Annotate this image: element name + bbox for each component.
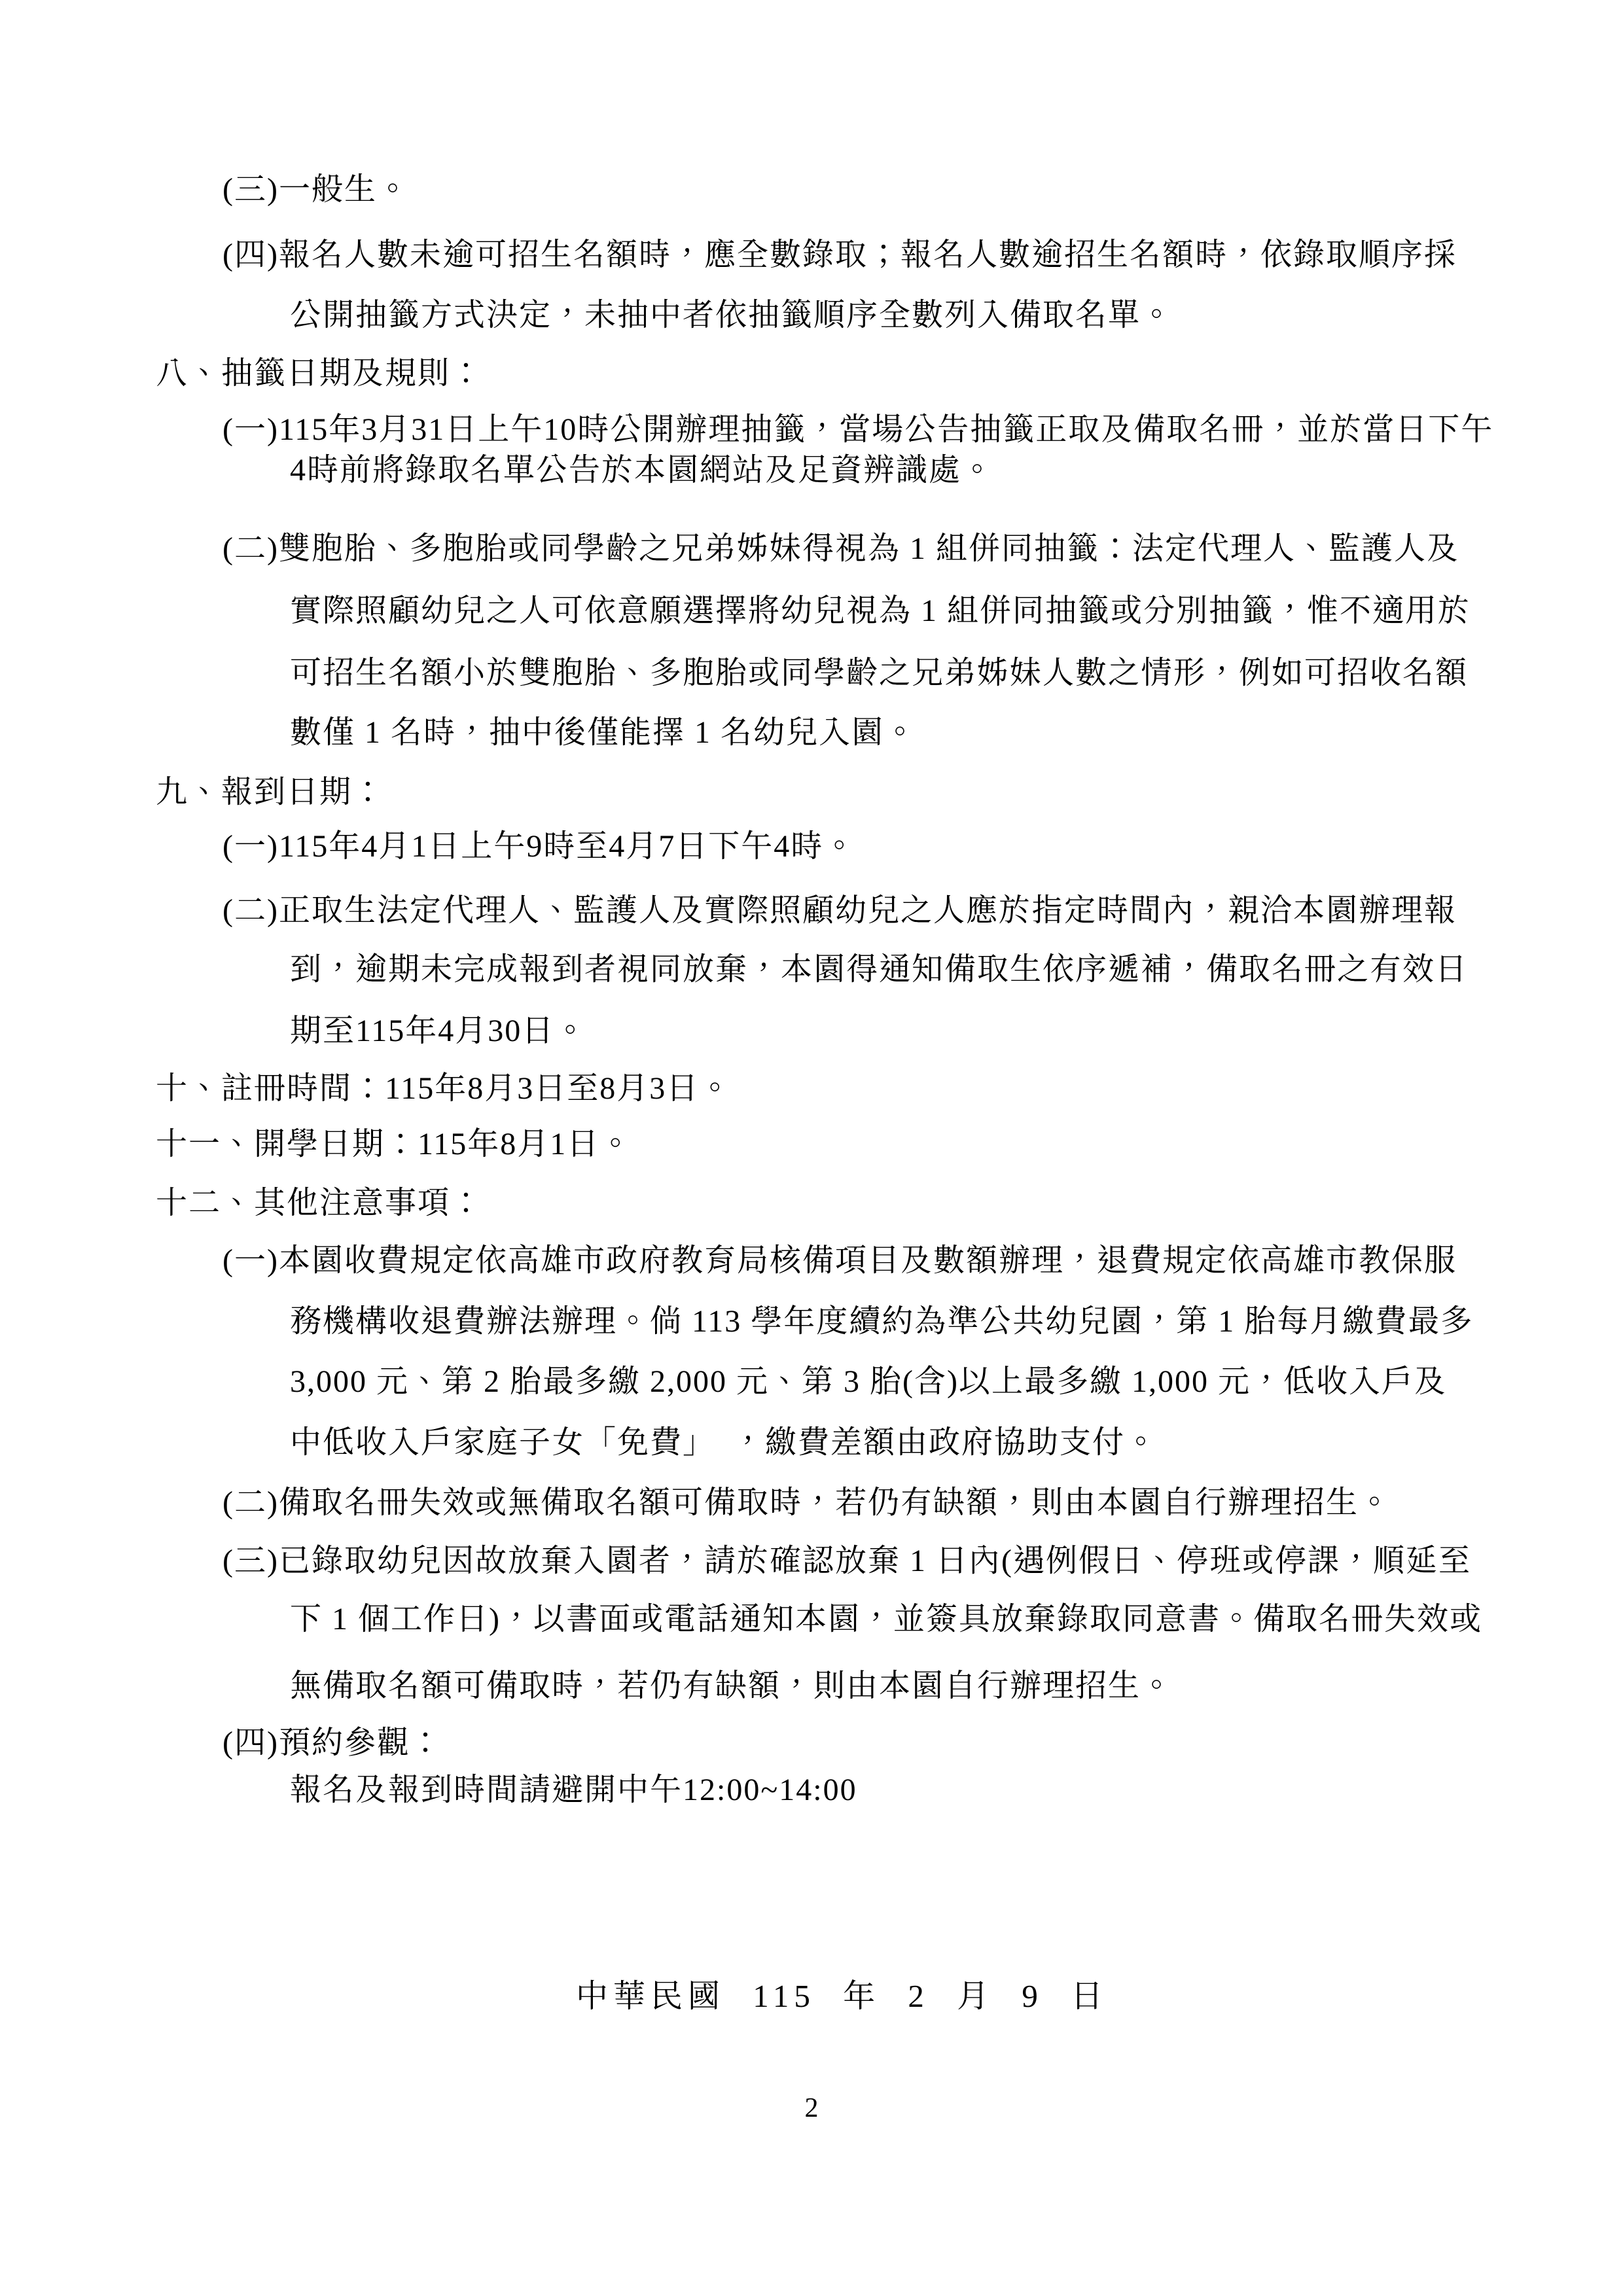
document-line: (二)正取生法定代理人、監護人及實際照顧幼兒之人應於指定時間內，親洽本園辦理報 [223, 892, 1457, 929]
document-line: (二)雙胞胎、多胞胎或同學齡之兄弟姊妹得視為 1 組併同抽籤：法定代理人、監護人… [223, 531, 1459, 567]
document-date: 中華民國 115 年 2 月 9 日 [576, 1977, 1108, 2015]
document-line: (一)115年4月1日上午9時至4月7日下午4時。 [223, 828, 856, 865]
document-line: 下 1 個工作日)，以書面或電話通知本園，並簽具放棄錄取同意書。備取名冊失效或 [290, 1601, 1482, 1638]
document-line: 3,000 元、第 2 胎最多繳 2,000 元、第 3 胎(含)以上最多繳 1… [290, 1364, 1447, 1400]
document-line: 無備取名額可備取時，若仍有缺額，則由本園自行辦理招生。 [290, 1668, 1173, 1704]
document-line: (一)115年3月31日上午10時公開辦理抽籤，當場公告抽籤正取及備取名冊，並於… [223, 412, 1493, 448]
page-number: 2 [0, 2093, 1623, 2124]
document-line: 4時前將錄取名單公告於本園網站及足資辨識處。 [290, 452, 994, 489]
document-page: (三)一般生。(四)報名人數未逾可招生名額時，應全數錄取；報名人數逾招生名額時，… [0, 0, 1623, 2296]
document-line: 十二、其他注意事項： [156, 1185, 483, 1222]
document-line: 報名及報到時間請避開中午12:00~14:00 [290, 1772, 857, 1809]
document-line: (三)已錄取幼兒因故放棄入園者，請於確認放棄 1 日內(遇例假日、停班或停課，順… [223, 1543, 1471, 1580]
document-line: 實際照顧幼兒之人可依意願選擇將幼兒視為 1 組併同抽籤或分別抽籤，惟不適用於 [290, 593, 1471, 629]
document-line: 務機構收退費辦法辦理。倘 113 學年度續約為準公共幼兒園，第 1 胎每月繳費最… [290, 1303, 1473, 1340]
document-line: 中低收入戶家庭子女「免費」 ，繳費差額由政府協助支付。 [290, 1424, 1158, 1461]
document-line: (一)本園收費規定依高雄市政府教育局核備項目及數額辦理，退費規定依高雄市教保服 [223, 1243, 1457, 1279]
document-line: 數僅 1 名時，抽中後僅能擇 1 名幼兒入園。 [290, 715, 917, 751]
document-line: 十一、開學日期：115年8月1日。 [156, 1126, 632, 1163]
document-line: (二)備取名冊失效或無備取名額可備取時，若仍有缺額，則由本園自行辦理招生。 [223, 1485, 1391, 1521]
document-line: 八、抽籤日期及規則： [156, 355, 483, 392]
document-line: 可招生名額小於雙胞胎、多胞胎或同學齡之兄弟姊妹人數之情形，例如可招收名額 [290, 655, 1468, 692]
document-line: 期至115年4月30日。 [290, 1013, 587, 1050]
document-line: 十、註冊時間：115年8月3日至8月3日。 [156, 1070, 732, 1107]
document-line: 九、報到日期： [156, 774, 385, 811]
document-line: (四)預約參觀： [223, 1725, 442, 1761]
document-line: 到，逾期未完成報到者視同放棄，本園得通知備取生依序遞補，備取名冊之有效日 [290, 951, 1468, 988]
document-line: (三)一般生。 [223, 171, 410, 208]
document-line: (四)報名人數未逾可招生名額時，應全數錄取；報名人數逾招生名額時，依錄取順序採 [223, 237, 1457, 274]
document-line: 公開抽籤方式決定，未抽中者依抽籤順序全數列入備取名單。 [290, 297, 1173, 334]
